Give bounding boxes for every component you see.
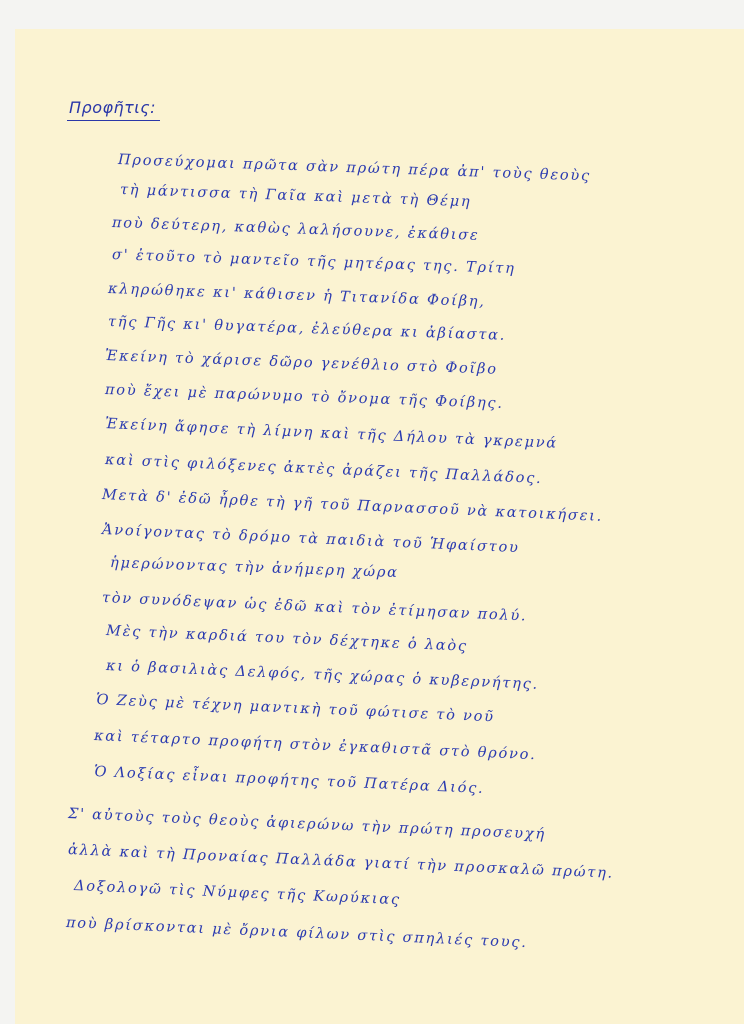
- page-title: Προφῆτις:: [67, 98, 160, 121]
